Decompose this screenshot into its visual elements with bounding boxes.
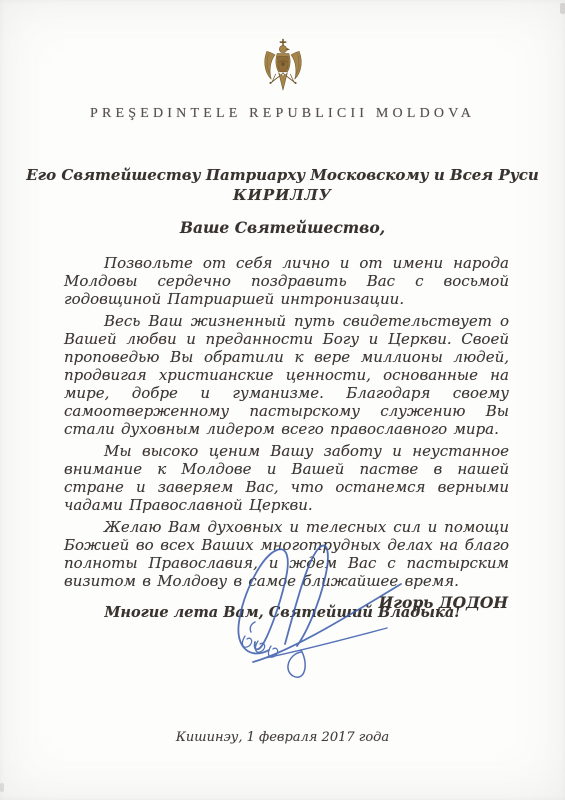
- addressee-name: КИРИЛЛУ: [0, 186, 565, 206]
- salutation: Ваше Святейшество,: [0, 218, 565, 237]
- scan-speck: [560, 3, 565, 14]
- signature-autograph-icon: [225, 538, 410, 688]
- moldova-coat-of-arms-icon: [261, 38, 305, 94]
- place-and-date: Кишинэу, 1 февраля 2017 года: [0, 730, 565, 745]
- paragraph-1: Позвольте от себя лично и от имени народ…: [64, 254, 509, 308]
- signatory-name: Игорь ДОДОН: [379, 593, 508, 612]
- addressee-block: Его Святейшеству Патриарху Московскому и…: [0, 166, 565, 205]
- scanned-letter-page: PREŞEDINTELE REPUBLICII MOLDOVA Его Свят…: [0, 0, 565, 800]
- letterhead-title: PREŞEDINTELE REPUBLICII MOLDOVA: [0, 106, 565, 122]
- scan-speck: [0, 783, 4, 792]
- paragraph-2: Весь Ваш жизненный путь свидетельствует …: [64, 312, 509, 438]
- paragraph-3: Мы высоко ценим Вашу заботу и неустанное…: [64, 442, 509, 514]
- addressee-line: Его Святейшеству Патриарху Московскому и…: [0, 166, 565, 186]
